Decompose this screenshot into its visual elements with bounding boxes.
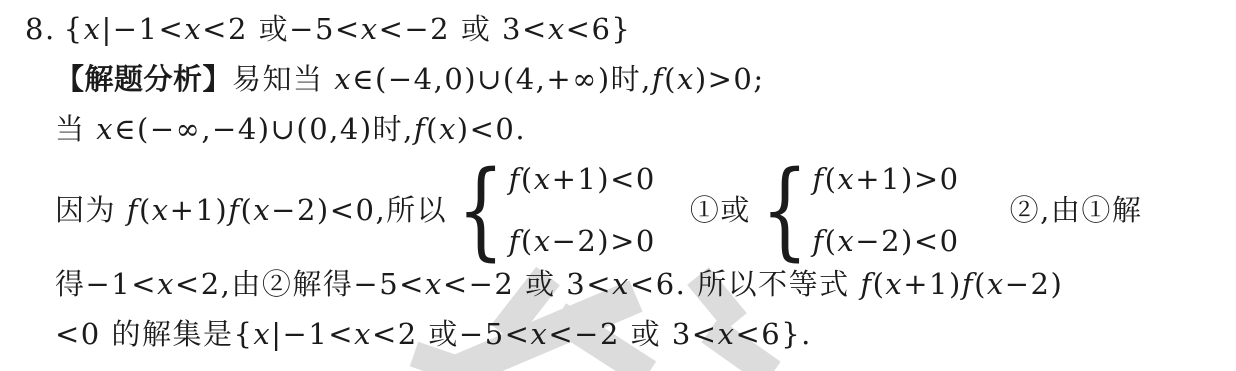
left-brace: { bbox=[761, 157, 808, 263]
system-rows: f(x+1)<0 f(x−2)>0 bbox=[509, 161, 656, 259]
system-row: f(x−2)<0 bbox=[812, 223, 959, 259]
analysis-heading-line: 【解题分析】易知当 x∈(−4,0)∪(4,+∞)时,f(x)>0; bbox=[55, 58, 765, 100]
inequality-system-1: { f(x+1)<0 f(x−2)>0 bbox=[447, 157, 656, 263]
document-page: 8.{x|−1<x<2 或−5<x<−2 或 3<x<6} 【解题分析】易知当 … bbox=[0, 0, 1236, 371]
derivation-prefix: 因为 f(x+1)f(x−2)<0,所以 bbox=[55, 189, 447, 231]
system-row: f(x−2)>0 bbox=[509, 223, 656, 259]
analysis-line-2: 当 x∈(−∞,−4)∪(0,4)时,f(x)<0. bbox=[55, 108, 526, 150]
system-row: f(x+1)>0 bbox=[812, 161, 959, 197]
inequality-system-2: { f(x+1)>0 f(x−2)<0 bbox=[751, 157, 960, 263]
left-brace: { bbox=[457, 157, 504, 263]
solution-line-1: 得−1<x<2,由②解得−5<x<−2 或 3<x<6. 所以不等式 f(x+1… bbox=[55, 263, 1063, 305]
solution-line-2: <0 的解集是{x|−1<x<2 或−5<x<−2 或 3<x<6}. bbox=[55, 313, 812, 355]
problem-number: 8. bbox=[25, 12, 56, 46]
case-1-label: ①或 bbox=[690, 189, 751, 231]
system-rows: f(x+1)>0 f(x−2)<0 bbox=[812, 161, 959, 259]
answer-line: 8.{x|−1<x<2 或−5<x<−2 或 3<x<6} bbox=[25, 8, 631, 50]
answer-set-text: {x|−1<x<2 或−5<x<−2 或 3<x<6} bbox=[64, 12, 632, 46]
system-row: f(x+1)<0 bbox=[509, 161, 656, 197]
case-2-label: ②,由①解 bbox=[1010, 189, 1143, 231]
derivation-line: 因为 f(x+1)f(x−2)<0,所以 { f(x+1)<0 f(x−2)>0… bbox=[55, 158, 1142, 262]
